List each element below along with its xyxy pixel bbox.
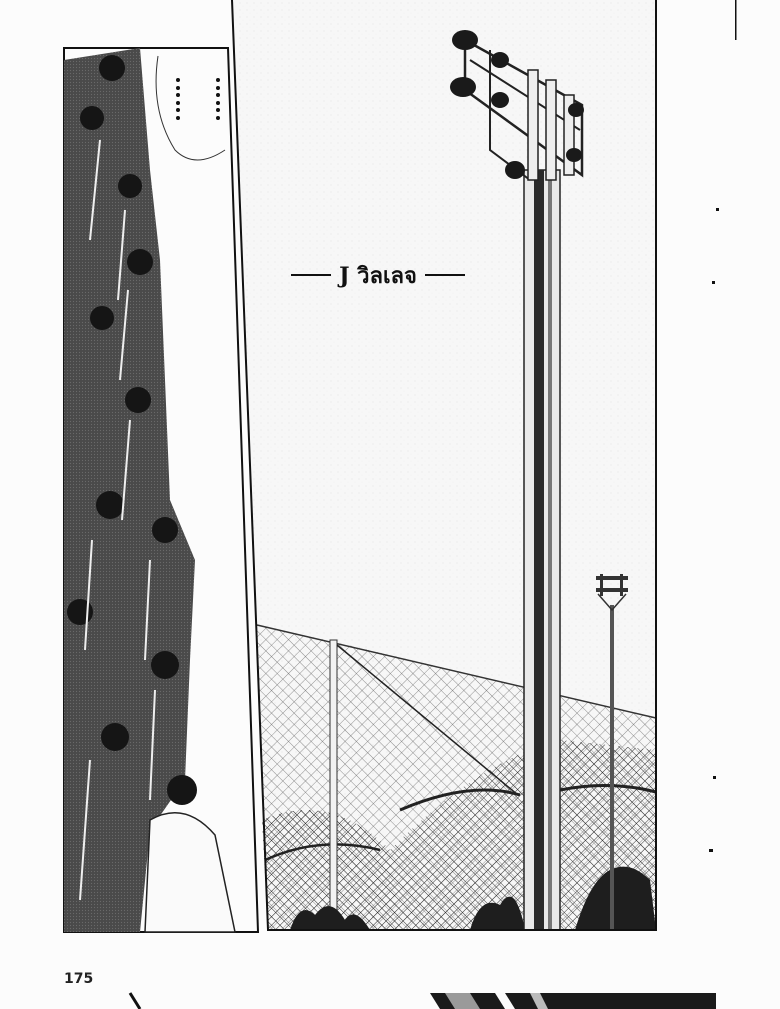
margin-marks <box>709 0 737 852</box>
right-panel <box>232 0 656 930</box>
manga-page: J วิลเลจ 175 <box>0 0 780 1009</box>
caption-text: J วิลเลจ <box>339 258 417 293</box>
speech-bubble-silence-dots <box>176 78 220 124</box>
left-panel <box>64 48 258 932</box>
caption-right-dash <box>425 274 465 276</box>
location-caption: J วิลเลจ <box>262 258 494 292</box>
bottom-bleed-stripes <box>130 993 716 1009</box>
page-number: 175 <box>64 971 93 987</box>
caption-left-dash <box>291 274 331 276</box>
page-artwork <box>0 0 780 1009</box>
